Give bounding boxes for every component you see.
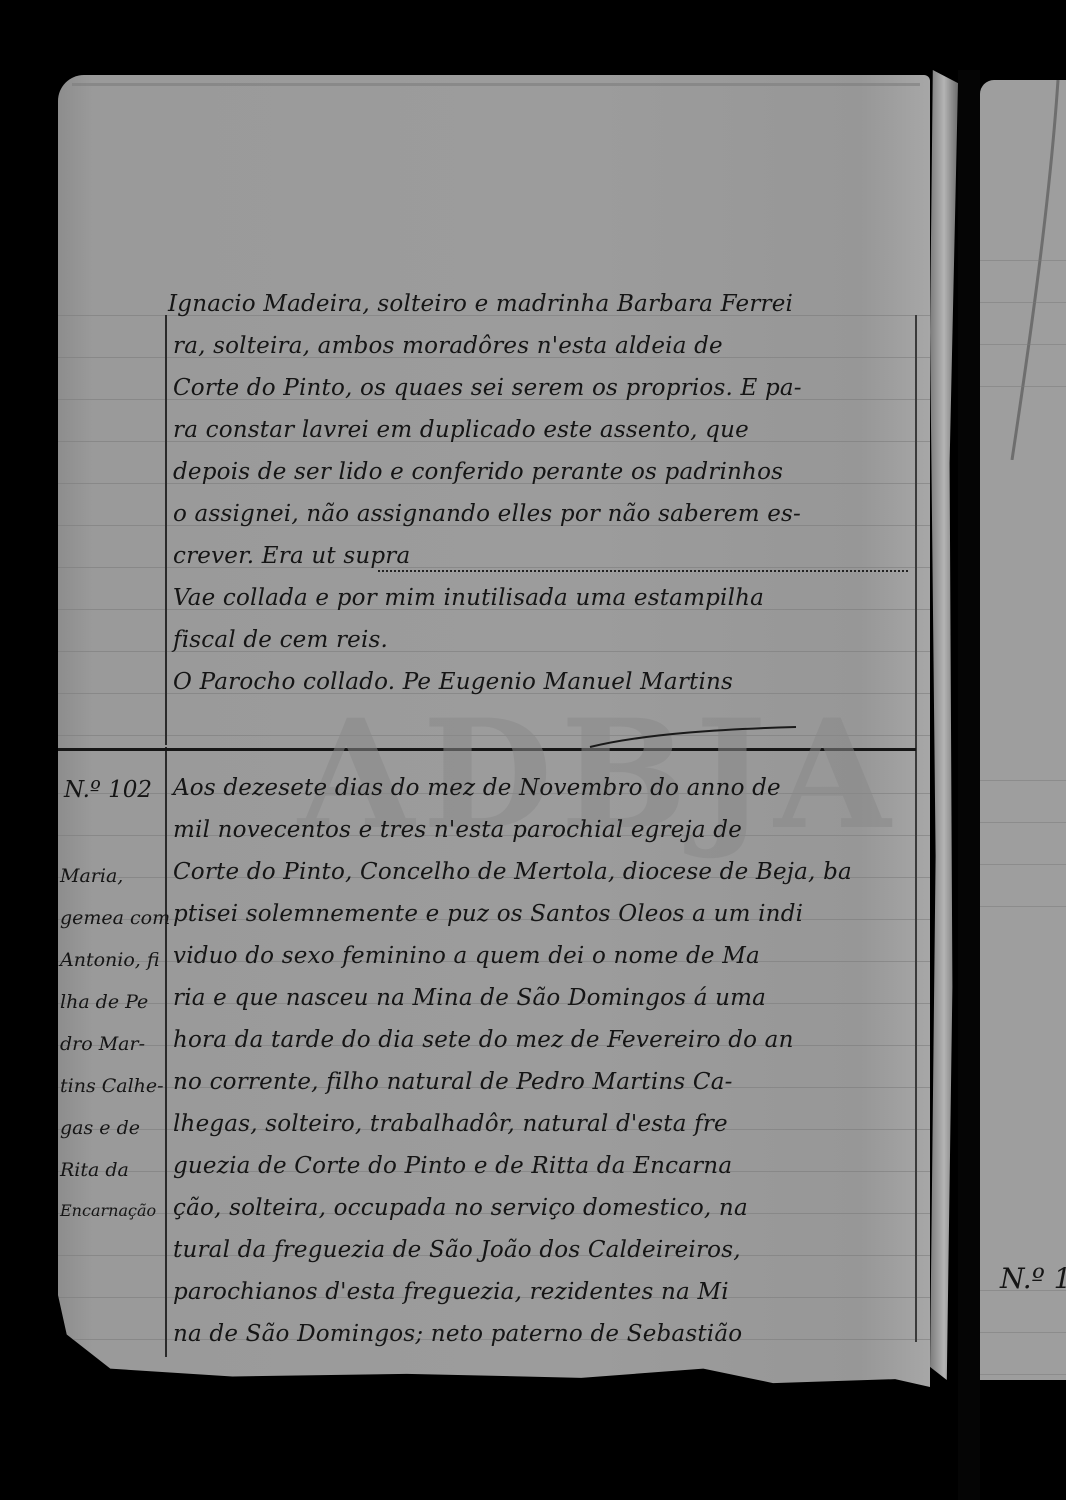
text-line: Corte do Pinto, os quaes sei serem os pr… — [173, 377, 913, 400]
left-register-page: ADBJA Ignacio Madeira, solteiro e madrin… — [58, 75, 930, 1387]
text-line: hora da tarde do dia sete do mez de Feve… — [173, 1029, 913, 1052]
margin-note-line: gemea com — [60, 907, 164, 929]
text-line: ptisei solemnemente e puz os Santos Oleo… — [173, 903, 913, 926]
priest-signature: O Parocho collado. Pe Eugenio Manuel Mar… — [173, 671, 913, 694]
page-top-edge — [72, 83, 920, 86]
margin-note-line: lha de Pe — [60, 991, 164, 1013]
ruled-line — [58, 735, 930, 736]
text-line: mil novecentos e tres n'esta parochial e… — [173, 819, 913, 842]
text-line: na de São Domingos; neto paterno de Seba… — [173, 1323, 913, 1346]
ruled-line — [980, 864, 1066, 865]
text-line: lhegas, solteiro, trabalhadôr, natural d… — [173, 1113, 913, 1136]
text-line: fiscal de cem reis. — [173, 629, 913, 652]
ruled-line — [980, 302, 1066, 303]
margin-note-line: Rita da — [60, 1159, 164, 1181]
text-line: guezia de Corte do Pinto e de Ritta da E… — [173, 1155, 913, 1178]
margin-note-line: Encarnação — [60, 1201, 164, 1220]
margin-note-line: dro Mar- — [60, 1033, 164, 1055]
signature-flourish — [588, 725, 798, 749]
ruled-line — [980, 386, 1066, 387]
ruled-line — [980, 1332, 1066, 1333]
book-gutter — [958, 70, 980, 1500]
text-line: Aos dezesete dias do mez de Novembro do … — [173, 777, 913, 800]
text-line: Corte do Pinto, Concelho de Mertola, dio… — [173, 861, 913, 884]
text-line: Ignacio Madeira, solteiro e madrinha Bar… — [168, 293, 908, 316]
ruled-line — [980, 822, 1066, 823]
text-line: crever. Era ut supra — [173, 545, 913, 568]
ruled-line — [980, 260, 1066, 261]
text-line: ra constar lavrei em duplicado este asse… — [173, 419, 913, 442]
ruled-line — [980, 906, 1066, 907]
ruled-line — [980, 344, 1066, 345]
text-line: Vae collada e por mim inutilisada uma es… — [173, 587, 913, 610]
text-line: o assignei, não assignando elles por não… — [173, 503, 913, 526]
text-line: ra, solteira, ambos moradôres n'esta ald… — [173, 335, 913, 358]
right-page-entry-number: N.º 10 — [1000, 1262, 1066, 1295]
margin-column-line — [165, 747, 167, 1357]
page-curl-shadow — [1010, 80, 1066, 460]
entry-number: N.º 102 — [64, 777, 168, 803]
margin-note-line: tins Calhe- — [60, 1075, 164, 1097]
right-register-page — [980, 80, 1066, 1380]
margin-note-line: gas e de — [60, 1117, 164, 1139]
ruled-line — [980, 780, 1066, 781]
text-line: ção, solteira, occupada no serviço domes… — [173, 1197, 913, 1220]
margin-note-line: Maria, — [60, 865, 164, 887]
text-line: parochianos d'esta freguezia, rezidentes… — [173, 1281, 913, 1304]
margin-column-line — [165, 315, 167, 745]
text-right-border — [915, 315, 917, 1342]
text-line: depois de ser lido e conferido perante o… — [173, 461, 913, 484]
text-line: no corrente, filho natural de Pedro Mart… — [173, 1071, 913, 1094]
ruled-line — [980, 1374, 1066, 1375]
text-line: ria e que nasceu na Mina de São Domingos… — [173, 987, 913, 1010]
text-line: tural da freguezia de São João dos Calde… — [173, 1239, 913, 1262]
margin-note-line: Antonio, fi — [60, 949, 164, 971]
binding-edge-marks — [924, 760, 944, 1320]
line-fill-flourish — [378, 567, 908, 572]
text-line: viduo do sexo feminino a quem dei o nome… — [173, 945, 913, 968]
